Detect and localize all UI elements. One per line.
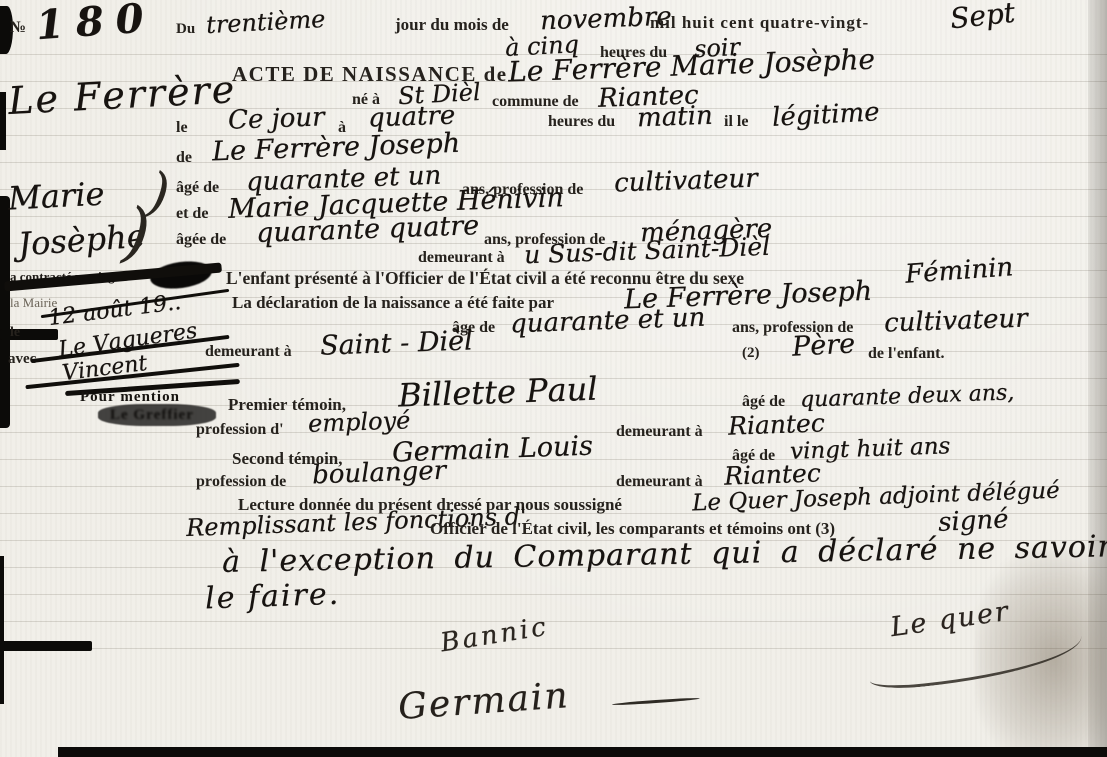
printed-du: Du bbox=[176, 22, 195, 37]
signature-witness: Bannic bbox=[439, 614, 551, 657]
printed-le: le bbox=[176, 120, 188, 136]
printed-age-de: âgé de bbox=[176, 180, 219, 196]
entry-birth-date: Ce jour bbox=[228, 104, 325, 133]
entry-witness2-profession: boulanger bbox=[312, 458, 447, 489]
printed-jour-du-mois: jour du mois de bbox=[395, 16, 509, 33]
entry-witness1-profession: employé bbox=[308, 408, 411, 436]
entry-mother-age: quarante quatre bbox=[256, 212, 480, 247]
entry-declarant-age: quarante et un bbox=[510, 305, 706, 338]
printed-profession-d: profession d' bbox=[196, 422, 284, 438]
entry-year: Sept bbox=[949, 0, 1017, 33]
binding-tick bbox=[0, 641, 92, 651]
entry-declarant-residence: Saint - Dièl bbox=[320, 327, 474, 359]
printed-demeurant-a: demeurant à bbox=[418, 250, 505, 266]
entry-father-name: Le Ferrère Joseph bbox=[212, 130, 461, 166]
binding-mark bbox=[0, 196, 10, 428]
signature-flourish bbox=[612, 697, 700, 706]
printed-commune-de: commune de bbox=[492, 94, 579, 110]
printed-de: de bbox=[176, 150, 192, 166]
birth-certificate-scan: № 180 Du trentième jour du mois de novem… bbox=[0, 0, 1107, 757]
printed-demeurant-a-4: demeurant à bbox=[616, 474, 703, 490]
margin-child-firstname: Marie bbox=[7, 178, 105, 215]
entry-witness1-age: quarante deux ans, bbox=[800, 382, 1015, 411]
stamp-pour-mention: Pour mention bbox=[80, 390, 180, 405]
printed-et-de: et de bbox=[176, 206, 208, 222]
entry-witness1-name: Billette Paul bbox=[398, 373, 598, 412]
printed-declaration: La déclaration de la naissance a été fai… bbox=[232, 294, 554, 311]
bottom-edge-bar bbox=[58, 747, 1107, 757]
printed-demeurant-a-3: demeurant à bbox=[616, 424, 703, 440]
act-number: 180 bbox=[35, 0, 157, 46]
entry-day: trentième bbox=[205, 7, 325, 37]
entry-parents-residence: u Sus-dit Saint-Dièl bbox=[524, 234, 771, 268]
entry-le-faire: le faire. bbox=[205, 580, 341, 615]
printed-profession-de: profession de bbox=[196, 474, 286, 490]
entry-declarant-profession: cultivateur bbox=[884, 306, 1028, 337]
entry-birth-period: matin bbox=[637, 103, 714, 132]
printed-il-le: il le bbox=[724, 114, 748, 130]
signature-witness2: Germain bbox=[397, 678, 571, 726]
entry-witness1-residence: Riantec bbox=[728, 410, 825, 438]
printed-agee-de: âgée de bbox=[176, 232, 226, 248]
printed-heures-du-2: heures du bbox=[548, 114, 615, 130]
margin-paren: ) bbox=[121, 199, 154, 267]
number-label: № bbox=[10, 20, 26, 36]
printed-de-lenfant: de l'enfant. bbox=[868, 346, 944, 362]
entry-birth-hour: quatre bbox=[368, 102, 456, 131]
entry-sex: Féminin bbox=[904, 254, 1014, 287]
printed-ref-2: (2) bbox=[742, 346, 760, 361]
margin-child-surname: Le Ferrère bbox=[7, 70, 237, 120]
entry-relation: Père bbox=[791, 330, 855, 360]
entry-witness2-residence: Riantec bbox=[724, 460, 821, 488]
printed-age-de-3: âgé de bbox=[742, 394, 785, 410]
entry-legitime: légitime bbox=[771, 99, 880, 131]
printed-year: mil huit cent quatre-vingt- bbox=[650, 14, 869, 31]
entry-father-profession: cultivateur bbox=[614, 166, 758, 197]
binding-mark bbox=[0, 556, 4, 704]
printed-demeurant-a-2: demeurant à bbox=[205, 344, 292, 360]
stamp-smudge bbox=[98, 404, 216, 426]
margin-note-le: le bbox=[10, 326, 20, 340]
binding-mark bbox=[0, 92, 6, 150]
